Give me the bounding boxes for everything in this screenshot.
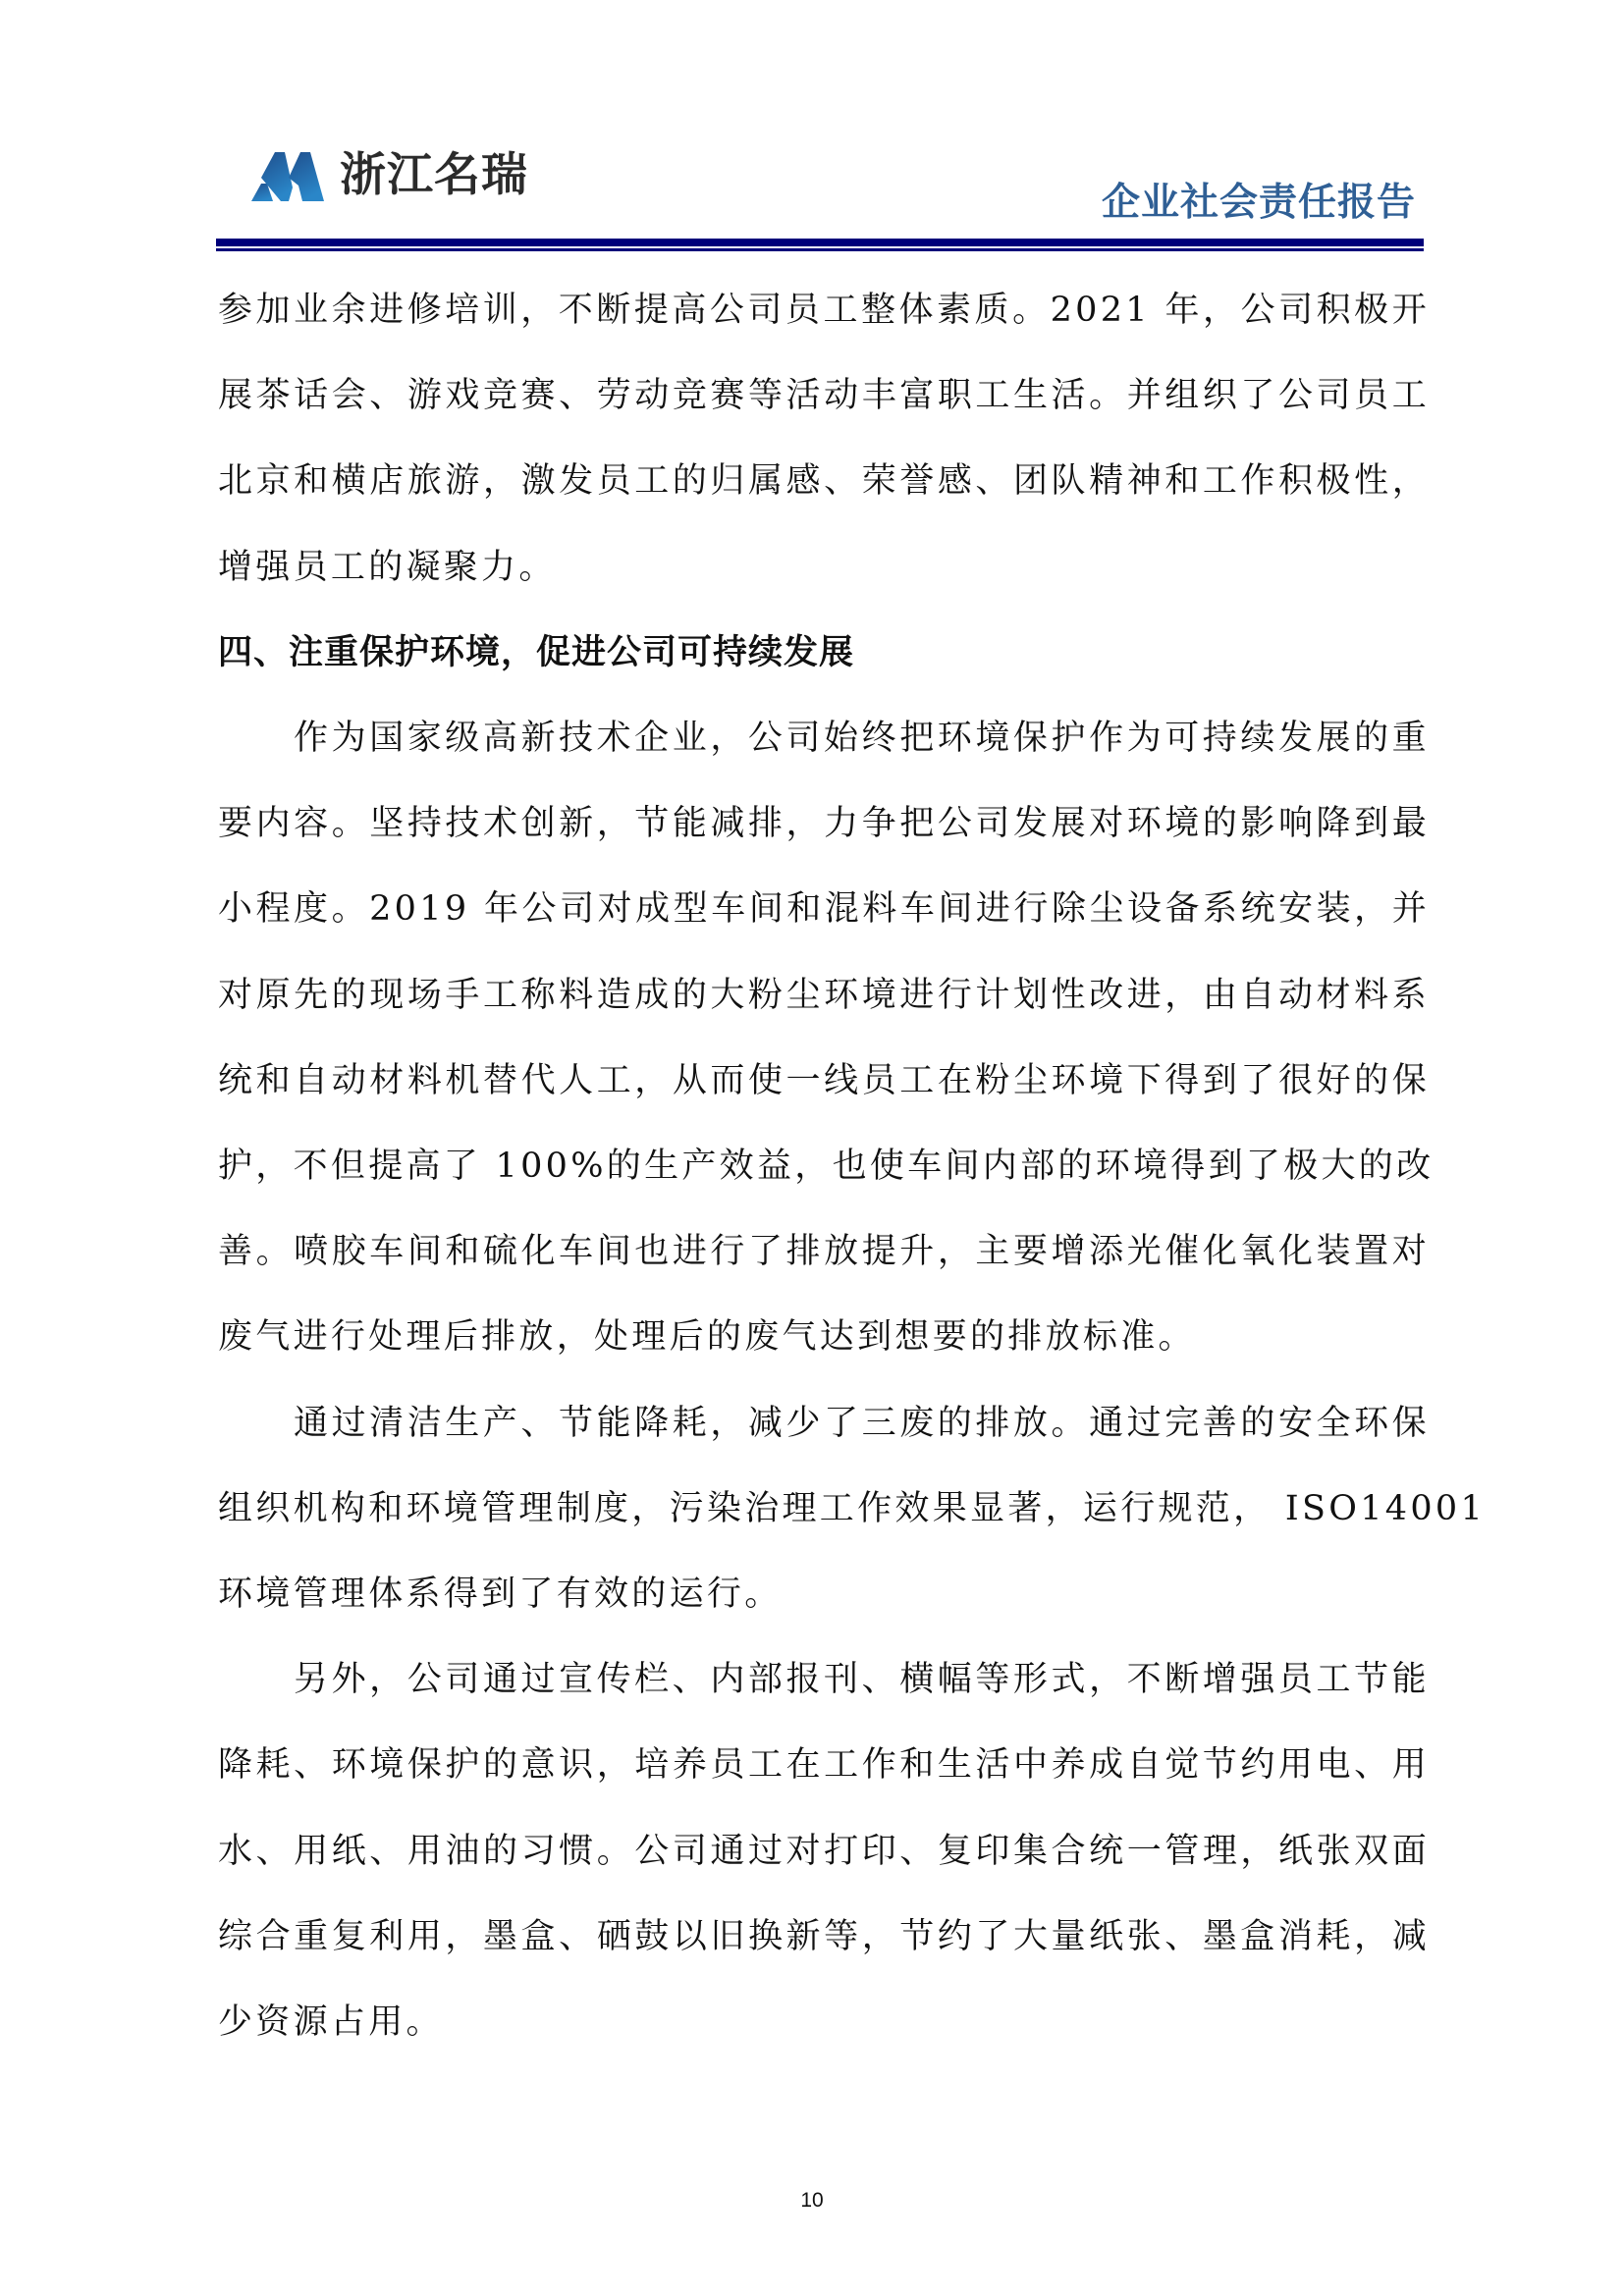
text-line: 水、用纸、用油的习惯。公司通过对打印、复印集合统一管理，纸张双面 <box>218 1809 1430 1895</box>
text-line: 综合重复利用，墨盒、硒鼓以旧换新等，节约了大量纸张、墨盒消耗，减 <box>218 1895 1430 1980</box>
paragraph-clean-production: 通过清洁生产、节能降耗，减少了三废的排放。通过完善的安全环保 组织机构和环境管理… <box>218 1381 1430 1638</box>
section-heading: 四、注重保护环境，促进公司可持续发展 <box>218 611 1430 696</box>
text-line: 组织机构和环境管理制度，污染治理工作效果显著，运行规范， ISO14001 <box>218 1467 1430 1552</box>
paragraph-continued: 参加业余进修培训，不断提高公司员工整体素质。2021 年，公司积极开 展茶话会、… <box>218 268 1430 611</box>
text-line: 参加业余进修培训，不断提高公司员工整体素质。2021 年，公司积极开 <box>218 268 1430 353</box>
text-line: 展茶话会、游戏竞赛、劳动竞赛等活动丰富职工生活。并组织了公司员工 <box>218 353 1430 439</box>
text-line: 废气进行处理后排放，处理后的废气达到想要的排放标准。 <box>218 1295 1430 1380</box>
header-rule-thin <box>216 248 1424 251</box>
text-line: 统和自动材料机替代人工，从而使一线员工在粉尘环境下得到了很好的保 <box>218 1039 1430 1124</box>
logo-text: 浙江名瑞 <box>340 148 528 203</box>
text-line: 环境管理体系得到了有效的运行。 <box>218 1552 1430 1637</box>
text-line: 小程度。2019 年公司对成型车间和混料车间进行除尘设备系统安装，并 <box>218 867 1430 952</box>
text-line: 护，不但提高了 100%的生产效益，也使车间内部的环境得到了极大的改 <box>218 1124 1430 1209</box>
text-line: 作为国家级高新技术企业，公司始终把环境保护作为可持续发展的重 <box>218 696 1430 781</box>
text-line: 要内容。坚持技术创新，节能减排，力争把公司发展对环境的影响降到最 <box>218 781 1430 867</box>
document-page: 浙江名瑞 企业社会责任报告 参加业余进修培训，不断提高公司员工整体素质。2021… <box>0 0 1624 2296</box>
body-text: 参加业余进修培训，不断提高公司员工整体素质。2021 年，公司积极开 展茶话会、… <box>218 268 1430 2065</box>
paragraph-environment: 作为国家级高新技术企业，公司始终把环境保护作为可持续发展的重 要内容。坚持技术创… <box>218 696 1430 1381</box>
text-line: 少资源占用。 <box>218 1980 1430 2065</box>
logo-mountain-icon <box>249 148 326 203</box>
page-number: 10 <box>0 2189 1624 2213</box>
text-line: 通过清洁生产、节能降耗，减少了三废的排放。通过完善的安全环保 <box>218 1381 1430 1467</box>
text-line: 降耗、环境保护的意识，培养员工在工作和生活中养成自觉节约用电、用 <box>218 1723 1430 1808</box>
company-logo: 浙江名瑞 <box>249 147 528 204</box>
paragraph-resource-saving: 另外，公司通过宣传栏、内部报刊、横幅等形式，不断增强员工节能 降耗、环境保护的意… <box>218 1637 1430 2065</box>
header-rule-thick <box>216 239 1424 246</box>
text-line: 北京和横店旅游，激发员工的归属感、荣誉感、团队精神和工作积极性， <box>218 439 1430 524</box>
text-line: 另外，公司通过宣传栏、内部报刊、横幅等形式，不断增强员工节能 <box>218 1637 1430 1723</box>
text-line: 增强员工的凝聚力。 <box>218 525 1430 611</box>
text-line: 对原先的现场手工称料造成的大粉尘环境进行计划性改进，由自动材料系 <box>218 953 1430 1039</box>
text-line: 善。喷胶车间和硫化车间也进行了排放提升，主要增添光催化氧化装置对 <box>218 1209 1430 1295</box>
report-title: 企业社会责任报告 <box>1102 179 1416 228</box>
